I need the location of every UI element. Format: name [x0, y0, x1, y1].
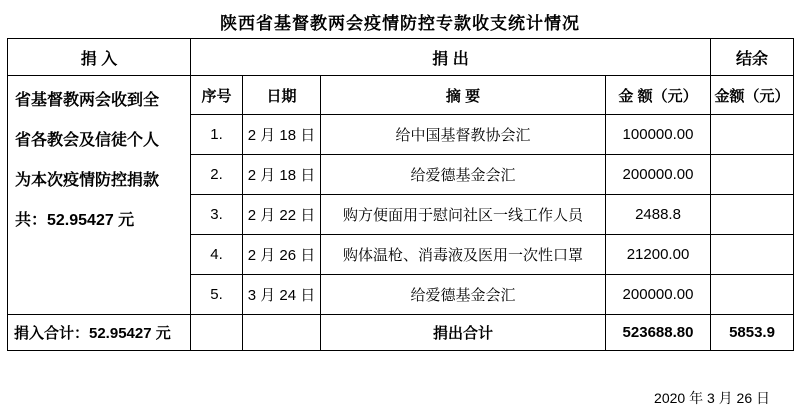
cell-date: 2 月 18 日 [243, 115, 321, 155]
cell-amount: 200000.00 [606, 155, 711, 195]
cell-balance-empty [711, 115, 794, 155]
cell-balance-empty [711, 195, 794, 235]
document-date: 2020 年 3 月 26 日 [654, 388, 770, 408]
cell-summary: 给爱德基金会汇 [321, 275, 606, 315]
donation-out-total-label: 捐出合计 [321, 315, 606, 351]
cell-seq: 2. [191, 155, 243, 195]
cell-summary: 给爱德基金会汇 [321, 155, 606, 195]
donation-in-line: 共：52.95427 元 [15, 201, 184, 241]
cell-seq: 3. [191, 195, 243, 235]
cell-summary: 给中国基督教协会汇 [321, 115, 606, 155]
donation-in-line: 省基督教两会收到全 [15, 81, 184, 121]
cell-amount: 200000.00 [606, 275, 711, 315]
cell-date: 2 月 26 日 [243, 235, 321, 275]
subheader-seq: 序号 [191, 76, 243, 115]
total-date-empty [243, 315, 321, 351]
cell-balance-empty [711, 155, 794, 195]
document-page: 陕西省基督教两会疫情防控专款收支统计情况 捐 入 捐 出 结余 省基督教两会收到… [0, 0, 800, 419]
donation-stat-table: 捐 入 捐 出 结余 省基督教两会收到全 省各教会及信徒个人 为本次疫情防控捐款… [7, 38, 794, 351]
cell-balance-empty [711, 275, 794, 315]
cell-amount: 21200.00 [606, 235, 711, 275]
cell-amount: 100000.00 [606, 115, 711, 155]
subheader-date: 日期 [243, 76, 321, 115]
donation-in-summary-cell: 省基督教两会收到全 省各教会及信徒个人 为本次疫情防控捐款 共：52.95427… [8, 76, 191, 315]
header-balance: 结余 [711, 39, 794, 76]
header-donation-out: 捐 出 [191, 39, 711, 76]
donation-out-total-amount: 523688.80 [606, 315, 711, 351]
cell-amount: 2488.8 [606, 195, 711, 235]
subheader-balance-amount: 金额（元） [711, 76, 794, 115]
cell-seq: 1. [191, 115, 243, 155]
cell-summary: 购体温枪、消毒液及医用一次性口罩 [321, 235, 606, 275]
cell-balance-empty [711, 235, 794, 275]
cell-date: 3 月 24 日 [243, 275, 321, 315]
donation-in-total: 捐入合计：52.95427 元 [8, 315, 191, 351]
subheader-amount: 金 额（元） [606, 76, 711, 115]
cell-date: 2 月 22 日 [243, 195, 321, 235]
donation-in-line: 省各教会及信徒个人 [15, 121, 184, 161]
subheader-summary: 摘 要 [321, 76, 606, 115]
table-subheader-row: 省基督教两会收到全 省各教会及信徒个人 为本次疫情防控捐款 共：52.95427… [8, 76, 794, 115]
donation-in-line: 为本次疫情防控捐款 [15, 161, 184, 201]
balance-total-amount: 5853.9 [711, 315, 794, 351]
cell-summary: 购方便面用于慰问社区一线工作人员 [321, 195, 606, 235]
table-header-row: 捐 入 捐 出 结余 [8, 39, 794, 76]
total-seq-empty [191, 315, 243, 351]
cell-seq: 5. [191, 275, 243, 315]
header-donation-in: 捐 入 [8, 39, 191, 76]
table-total-row: 捐入合计：52.95427 元 捐出合计 523688.80 5853.9 [8, 315, 794, 351]
cell-seq: 4. [191, 235, 243, 275]
cell-date: 2 月 18 日 [243, 155, 321, 195]
page-title: 陕西省基督教两会疫情防控专款收支统计情况 [0, 9, 800, 34]
